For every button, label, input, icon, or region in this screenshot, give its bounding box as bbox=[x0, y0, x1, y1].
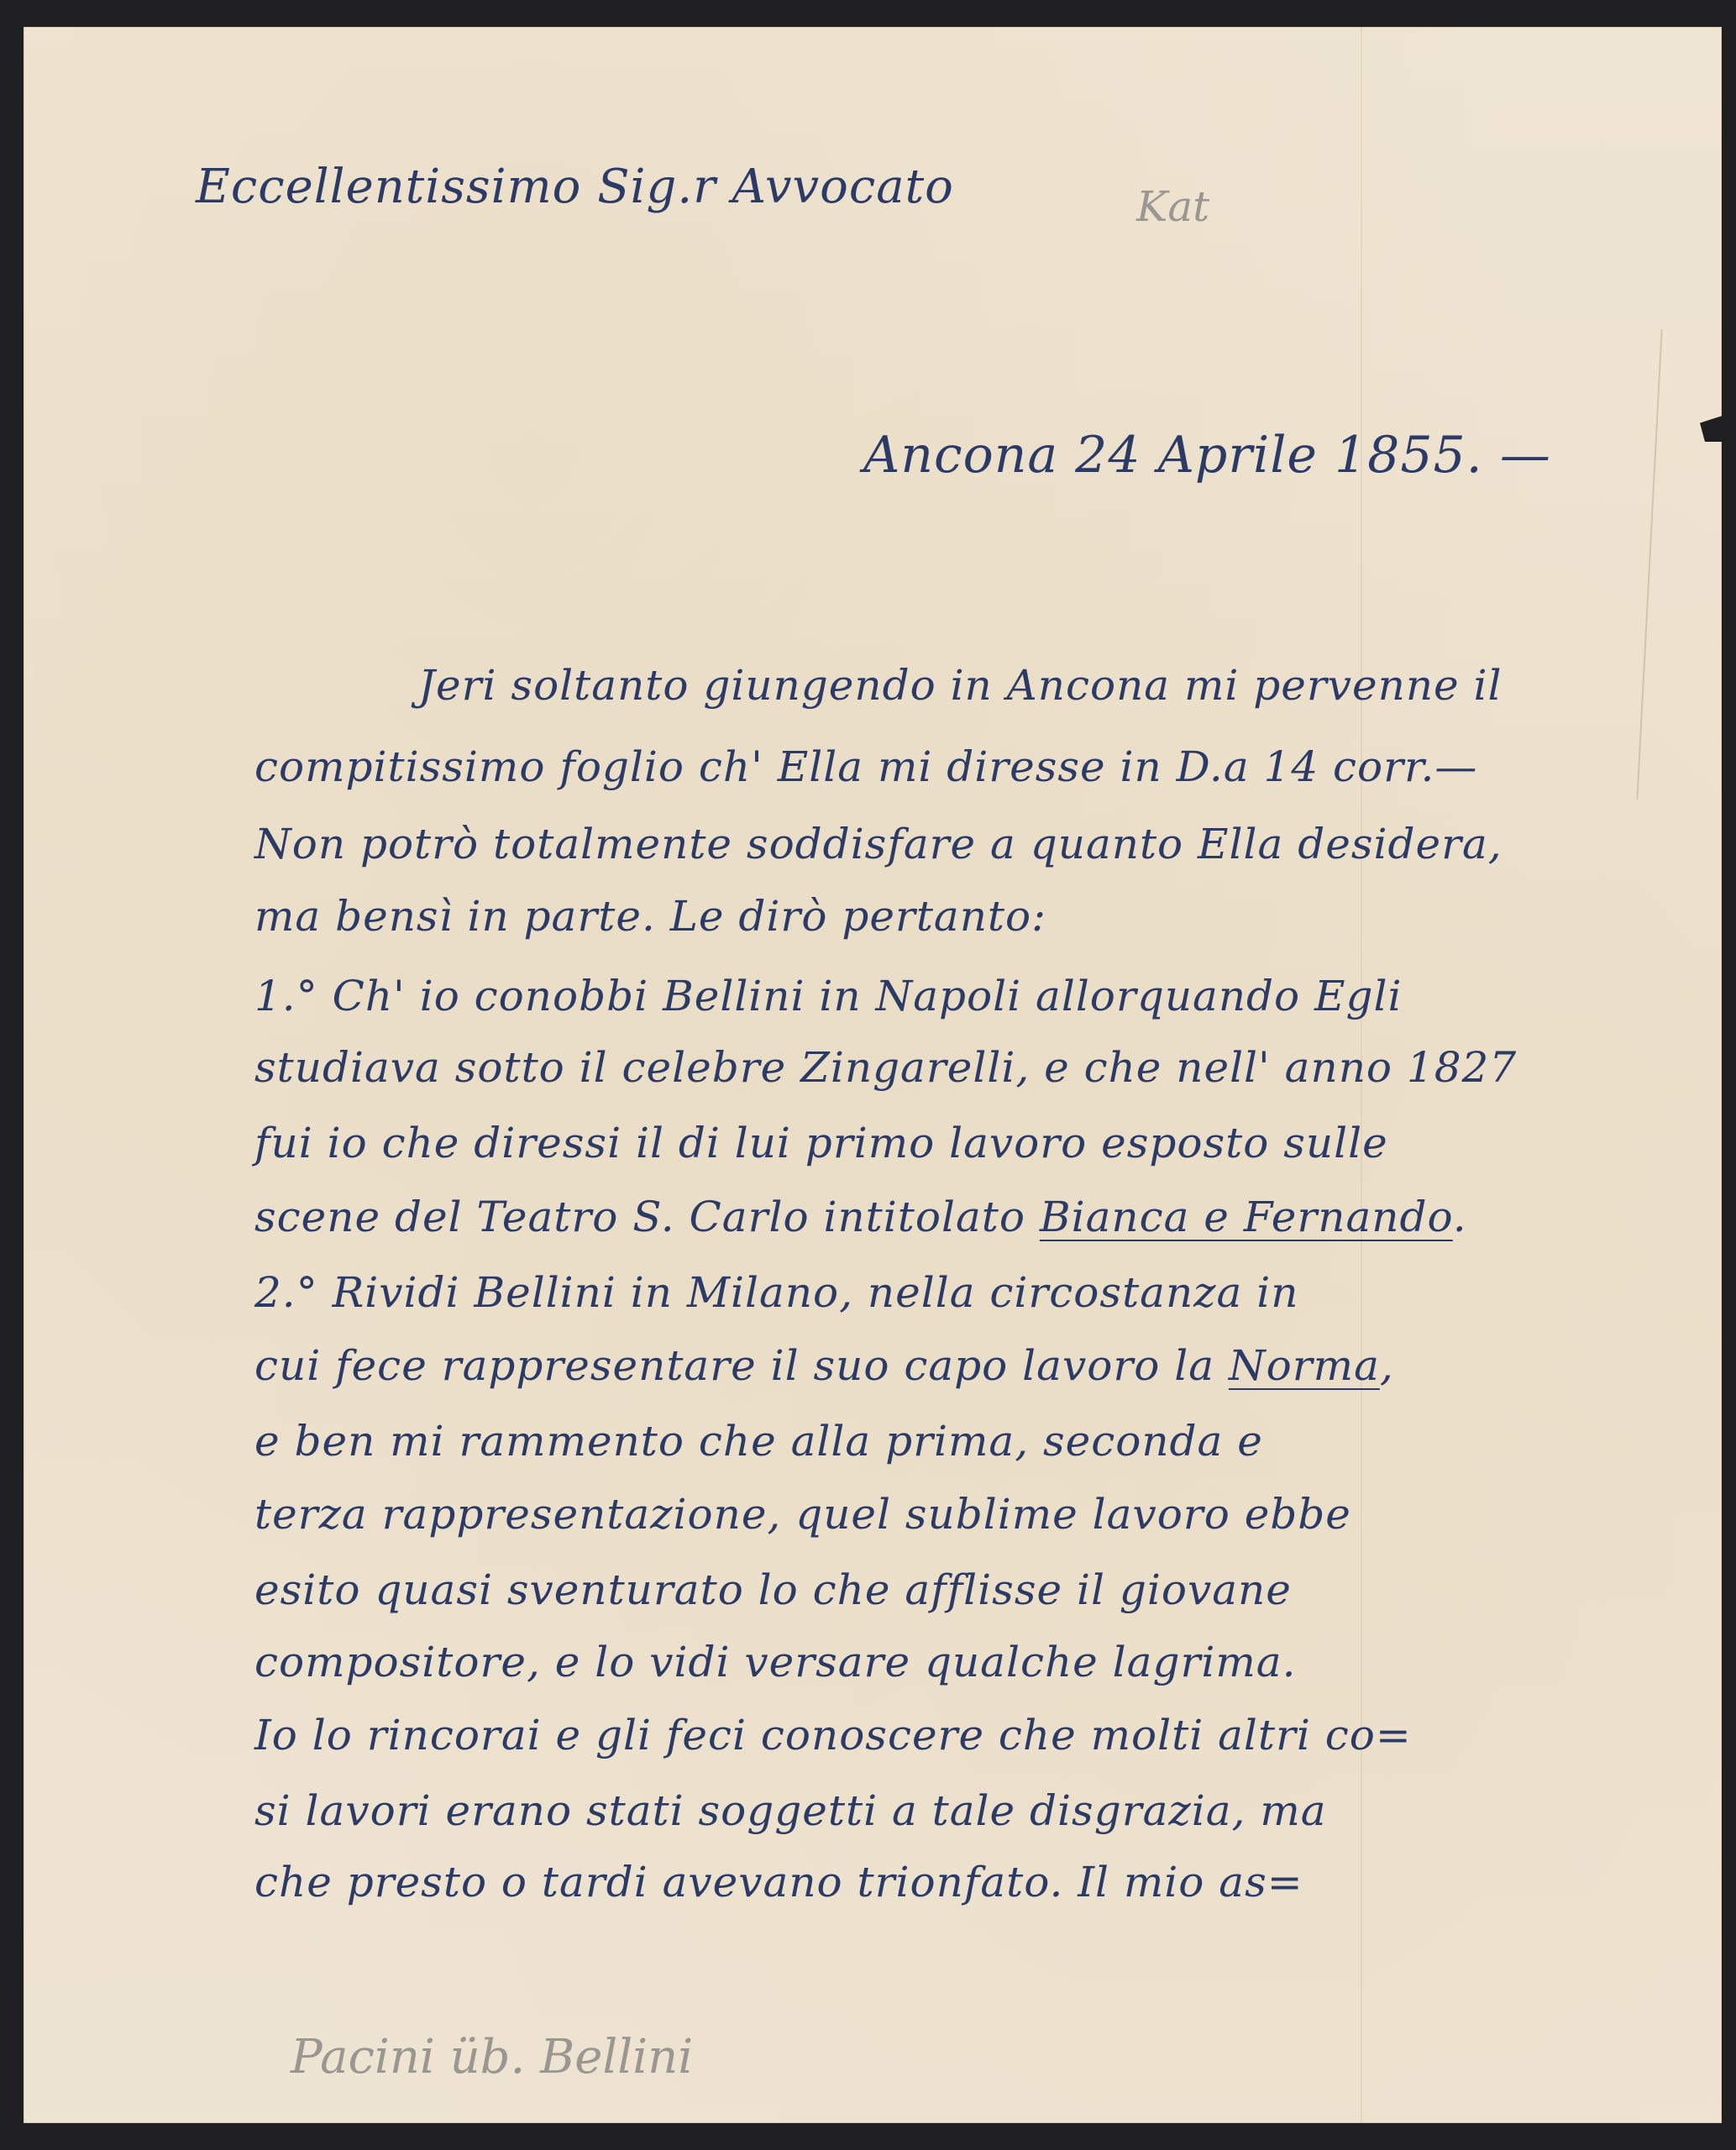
underlined-phrase: Norma bbox=[1229, 1341, 1380, 1390]
body-line-17: che presto o tardi avevano trionfato. Il… bbox=[254, 1858, 1303, 1906]
dateline: Ancona 24 Aprile 1855. — bbox=[863, 426, 1551, 485]
body-line-2: compitissimo foglio ch' Ella mi diresse … bbox=[254, 742, 1477, 791]
archive-mark: Kat bbox=[1136, 182, 1209, 231]
body-line-6: studiava sotto il celebre Zingarelli, e … bbox=[254, 1043, 1517, 1092]
body-line-10: cui fece rappresentare il suo capo lavor… bbox=[254, 1341, 1394, 1390]
salutation: Eccellentissimo Sig.r Avvocato bbox=[196, 160, 954, 214]
body-line-8-text: scene del Teatro S. Carlo intitolato Bia… bbox=[254, 1193, 1467, 1241]
body-line-5: 1.° Ch' io conobbi Bellini in Napoli all… bbox=[254, 972, 1403, 1020]
body-line-1: Jeri soltanto giungendo in Ancona mi per… bbox=[418, 661, 1502, 710]
underlined-phrase: Bianca e Fernando bbox=[1040, 1193, 1453, 1241]
paper-tear bbox=[1700, 415, 1725, 442]
body-line-3: Non potrò totalmente soddisfare a quanto… bbox=[254, 820, 1503, 868]
body-line-7: fui io che diressi il di lui primo lavor… bbox=[254, 1119, 1388, 1167]
paper-crack bbox=[1636, 329, 1662, 799]
body-line-13: esito quasi sventurato lo che afflisse i… bbox=[254, 1565, 1292, 1614]
body-line-16: si lavori erano stati soggetti a tale di… bbox=[254, 1786, 1327, 1835]
pencil-footer-note: Pacini üb. Bellini bbox=[291, 2030, 693, 2084]
body-line-4: ma bensì in parte. Le dirò pertanto: bbox=[254, 892, 1046, 941]
body-line-9: 2.° Rividi Bellini in Milano, nella circ… bbox=[254, 1268, 1298, 1317]
body-line-12: terza rappresentazione, quel sublime lav… bbox=[254, 1490, 1351, 1539]
letter-page: Eccellentissimo Sig.r Avvocato Kat Ancon… bbox=[24, 27, 1722, 2123]
body-line-11: e ben mi rammento che alla prima, second… bbox=[254, 1417, 1263, 1466]
body-line-14: compositore, e lo vidi versare qualche l… bbox=[254, 1638, 1296, 1686]
body-line-15: Io lo rincorai e gli feci conoscere che … bbox=[254, 1711, 1412, 1759]
body-line-8: scene del Teatro S. Carlo intitolato Bia… bbox=[254, 1193, 1467, 1241]
